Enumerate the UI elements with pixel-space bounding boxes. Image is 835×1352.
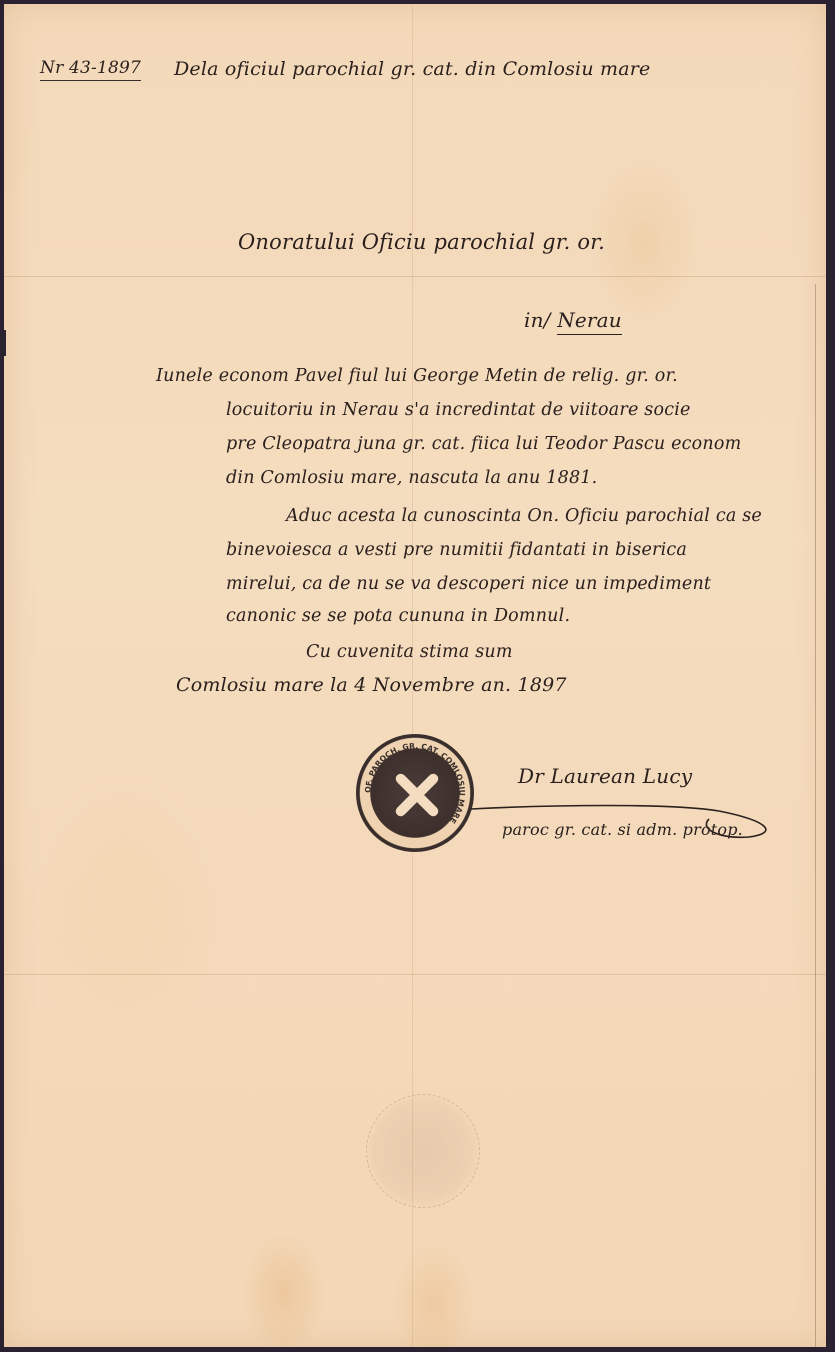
- body-line: Aduc acesta la cunoscinta On. Oficiu par…: [286, 506, 762, 526]
- binding-tab: [0, 330, 6, 356]
- addressee-line: Onoratului Oficiu parochial gr. or.: [238, 230, 605, 254]
- location-prefix: in/: [524, 308, 551, 332]
- body-line: binevoiesca a vesti pre numitii fidantat…: [226, 540, 687, 560]
- paper-edge: [815, 284, 816, 1347]
- faded-seal-imprint: [366, 1094, 480, 1208]
- body-line: Iunele econom Pavel fiul lui George Meti…: [156, 366, 678, 386]
- cross-icon: [387, 765, 447, 825]
- fold-line: [4, 974, 826, 975]
- reference-number: Nr 43-1897: [40, 58, 141, 81]
- body-line: canonic se se pota cununa in Domnul.: [226, 606, 570, 626]
- body-line: pre Cleopatra juna gr. cat. fiica lui Te…: [226, 434, 741, 454]
- parish-seal: OF. PAROCH. GR. CAT. COMLOSIU MARE: [356, 734, 474, 852]
- sender-header: Dela oficiul parochial gr. cat. din Coml…: [174, 58, 650, 80]
- fold-line: [4, 276, 826, 277]
- addressee-location: in/ Nerau: [524, 308, 622, 335]
- body-line: locuitoriu in Nerau s'a incredintat de v…: [226, 400, 691, 420]
- place-date: Comlosiu mare la 4 Novembre an. 1897: [176, 674, 567, 696]
- location-name: Nerau: [557, 308, 622, 335]
- document-page: Nr 43-1897 Dela oficiul parochial gr. ca…: [4, 4, 826, 1347]
- body-line: mirelui, ca de nu se va descoperi nice u…: [226, 574, 711, 594]
- closing-salutation: Cu cuvenita stima sum: [306, 642, 513, 662]
- signature-title: paroc gr. cat. si adm. protop.: [502, 820, 743, 839]
- signature-name: Dr Laurean Lucy: [518, 764, 692, 788]
- body-line: din Comlosiu mare, nascuta la anu 1881.: [226, 468, 597, 488]
